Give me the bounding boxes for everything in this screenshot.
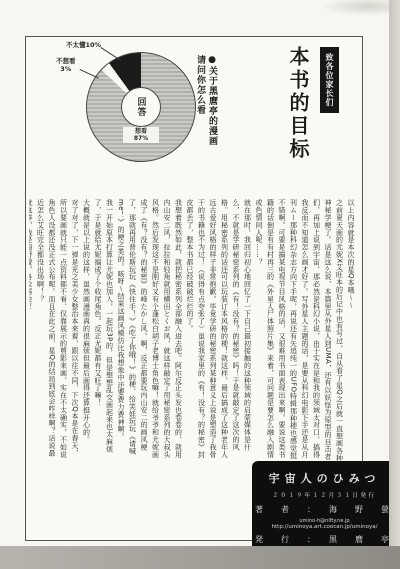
header-tag: 致各位家长们 xyxy=(320,47,339,113)
afterword-paragraph: 之前夏天画的尤妮X艾旺本的后记中也有写过，自从看了星Q之后就一直想画各种神秘学梗… xyxy=(253,199,345,462)
scan-page-edge xyxy=(389,0,400,569)
afterword-paragraph: 我想着既然如此，就把秘密系列全部融入进去吧。阿尔反正头发也卷卷的，就用内山安二风… xyxy=(115,199,184,462)
scan-smudge xyxy=(320,0,400,16)
pie-label-dont-want-pct: 3% xyxy=(56,66,76,74)
pie-center-label: 回答 xyxy=(135,97,148,117)
afterword-paragraph: 大概就是以上说的这样，虽然画漫画真的很麻烦但最后画得还算挺开心的。 xyxy=(80,199,92,462)
scan-bottom-shadow xyxy=(0,546,400,569)
colophon-title: 宇宙人のひみつ xyxy=(252,470,397,486)
afterword-paragraph: 我一开始原本打算让尤妮也加入，一起玩3P的，但是想想乱交画起来也太麻烦了，于是就… xyxy=(92,199,115,462)
afterword-paragraph: 以上内容就是本次的星Q本哦～～ xyxy=(345,199,357,462)
page-title: 本书的目标 xyxy=(283,46,312,181)
afterword-paragraph: 对了对了，下一弹是光之美少女整治本来着，跟以往不同，下次Q本是在春天，所以要画就… xyxy=(34,199,80,462)
colophon-publisher: 発 行 ： 黒 麿 亭 xyxy=(252,534,397,545)
afterword-paragraph: 就这样，我是海野螢。各位再会！ xyxy=(29,199,34,462)
pie-label-want-text: 想看 xyxy=(123,128,159,135)
colophon-date: ２０１９年１２月３１日発行 xyxy=(252,491,397,499)
survey-question: ●关于黑麿亭的漫画 请问你怎么看 xyxy=(194,55,218,169)
pie-label-dont-understand: 不太懂10% xyxy=(66,40,101,49)
pie-label-dont-want: 不想看 3% xyxy=(56,58,76,73)
survey-question-line1: ●关于黑麿亭的漫画 xyxy=(206,55,218,169)
colophon-author: 著 者 ： 海 野 螢 xyxy=(252,504,397,515)
survey-question-line2: 请问你怎么看 xyxy=(194,55,206,169)
afterword-body: 以上内容就是本次的星Q本哦～～ 之前夏天画的尤妮X艾旺本的后记中也有写过，自从看… xyxy=(29,199,356,462)
pie-center-hole: 回答 xyxy=(121,87,161,127)
pie-label-want: 想看 87% xyxy=(123,127,159,143)
header-tag-label: 致各位家长们 xyxy=(324,53,335,107)
pie-label-want-pct: 87% xyxy=(123,135,159,142)
scanned-page: 致各位家长们 本书的目标 ●关于黑麿亭的漫画 请问你怎么看 回答 不太懂10% … xyxy=(0,0,400,569)
afterword-paragraph: 就在那时，我回归初心地回忆了一下自己最初接触的这种领域的启蒙媒体是什么，不就是学… xyxy=(184,199,253,462)
colophon-url: http://uminoya.art.coocan.jp/uminoya/ xyxy=(252,524,397,530)
